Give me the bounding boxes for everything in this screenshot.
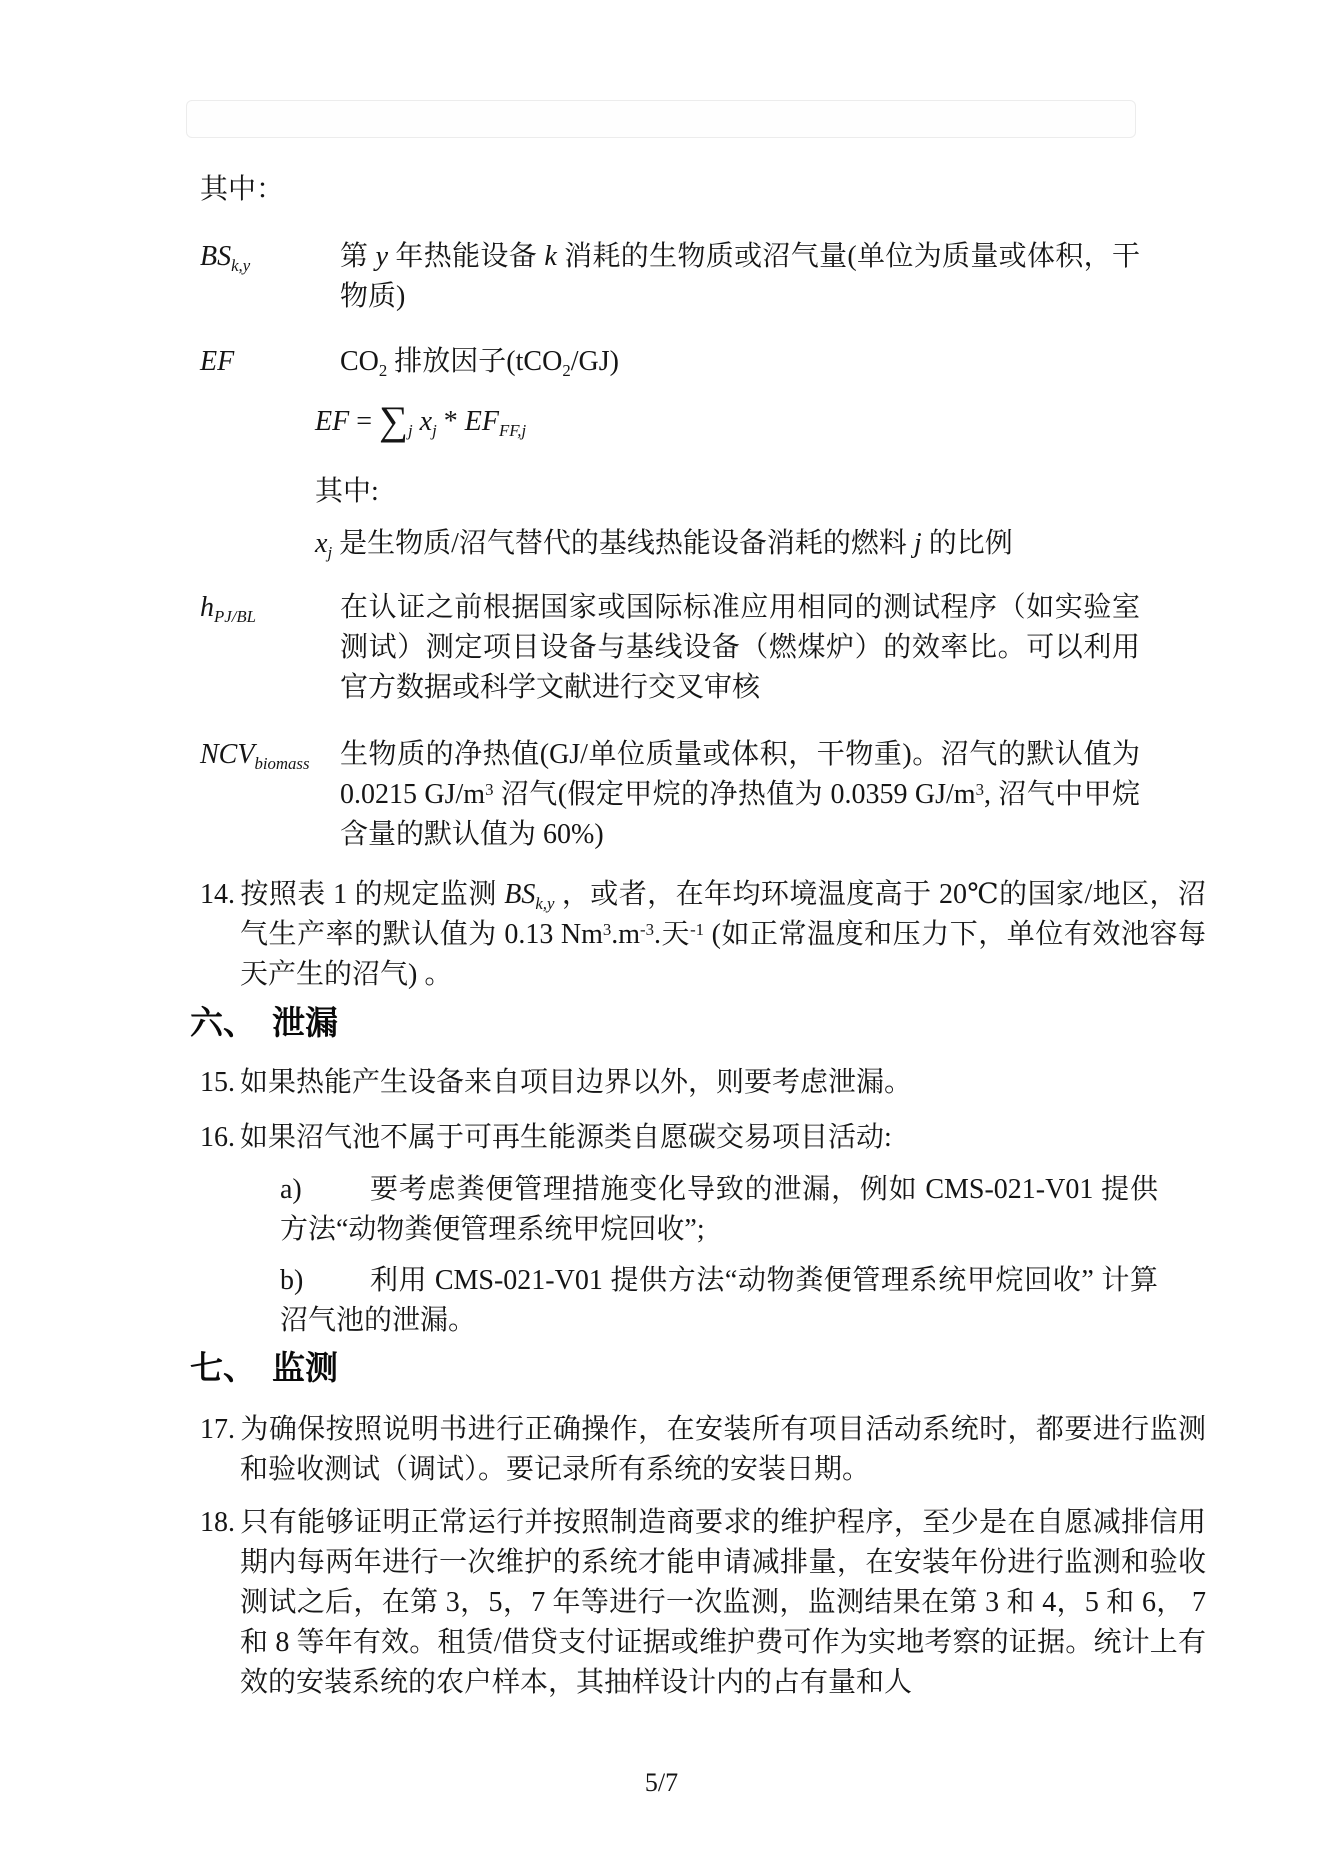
definition-text-h: 在认证之前根据国家或国际标准应用相同的测试程序（如实验室测试）测定项目设备与基线… — [340, 588, 1140, 708]
item-text: 如果热能产生设备来自项目边界以外，则要考虑泄漏。 — [240, 1067, 912, 1098]
item-number: 16. — [200, 1118, 240, 1158]
section-number: 六、 — [190, 1003, 256, 1042]
sub-item-marker: a) — [280, 1170, 302, 1210]
sub-item-text: 利用 CMS-021-V01 提供方法“动物粪便管理系统甲烷回收” 计算沼气池的… — [280, 1265, 1158, 1336]
item-text: 只有能够证明正常运行并按照制造商要求的维护程序，至少是在自愿减排信用期内每两年进… — [240, 1507, 1206, 1698]
list-item-17: 17.为确保按照说明书进行正确操作，在安装所有项目活动系统时，都要进行监测和验收… — [200, 1410, 1206, 1490]
item-text: 为确保按照说明书进行正确操作，在安装所有项目活动系统时，都要进行监测和验收测试（… — [240, 1414, 1206, 1485]
definition-text-ncv: 生物质的净热值(GJ/单位质量或体积，干物重)。沼气的默认值为 0.0215 G… — [340, 735, 1140, 855]
item-text: 如果沼气池不属于可再生能源类自愿碳交易项目活动: — [240, 1122, 892, 1153]
document-page: 其中： BSk,y 第 y 年热能设备 k 消耗的生物质或沼气量(单位为质量或体… — [0, 0, 1323, 1871]
sub-item-marker: b) — [280, 1261, 303, 1301]
definition-row-ef: EF CO2 排放因子(tCO2/GJ) EF = ∑j xj * EFFF,j… — [200, 342, 1140, 564]
ef-formula: EF = ∑j xj * EFFF,j — [315, 396, 1140, 448]
sub-item-text: 要考虑粪便管理措施变化导致的泄漏，例如 CMS-021-V01 提供方法“动物粪… — [280, 1174, 1158, 1245]
page-number: 5/7 — [0, 1766, 1323, 1800]
list-item-18: 18.只有能够证明正常运行并按照制造商要求的维护程序，至少是在自愿减排信用期内每… — [200, 1503, 1206, 1703]
definition-text-ef: CO2 排放因子(tCO2/GJ) EF = ∑j xj * EFFF,j 其中… — [340, 342, 1140, 564]
where-label-inner: 其中: — [315, 472, 1140, 512]
definition-term-ef: EF — [200, 342, 340, 382]
item-number: 14. — [200, 875, 240, 915]
section-title: 监测 — [272, 1348, 338, 1387]
definition-term-h: hPJ/BL — [200, 588, 340, 628]
list-item-15: 15.如果热能产生设备来自项目边界以外，则要考虑泄漏。 — [200, 1063, 1206, 1103]
section-heading-monitoring: 七、监测 — [190, 1345, 1158, 1391]
definition-row-ncv: NCVbiomass 生物质的净热值(GJ/单位质量或体积，干物重)。沼气的默认… — [200, 735, 1140, 855]
ef-xj-line: xj 是生物质/沼气替代的基线热能设备消耗的燃料 j 的比例 — [315, 524, 1140, 564]
item-number: 18. — [200, 1503, 240, 1543]
definition-term-bs: BSk,y — [200, 237, 340, 277]
item-number: 15. — [200, 1063, 240, 1103]
definition-row-bs: BSk,y 第 y 年热能设备 k 消耗的生物质或沼气量(单位为质量或体积，干物… — [200, 237, 1140, 317]
item-text: 按照表 1 的规定监测 BSk,y ，或者，在年均环境温度高于 20℃的国家/地… — [240, 879, 1206, 990]
sub-item-b: b)利用 CMS-021-V01 提供方法“动物粪便管理系统甲烷回收” 计算沼气… — [280, 1261, 1158, 1341]
ef-co2-line: CO2 排放因子(tCO2/GJ) — [340, 342, 1140, 382]
list-item-16: 16.如果沼气池不属于可再生能源类自愿碳交易项目活动: — [200, 1118, 1206, 1158]
section-title: 泄漏 — [272, 1003, 338, 1042]
section-heading-leakage: 六、泄漏 — [190, 1000, 1158, 1046]
where-label-top: 其中： — [200, 170, 1158, 210]
header-placeholder-box — [186, 100, 1136, 138]
list-item-14: 14.按照表 1 的规定监测 BSk,y ，或者，在年均环境温度高于 20℃的国… — [200, 875, 1206, 995]
section-number: 七、 — [190, 1348, 256, 1387]
sub-item-a: a)要考虑粪便管理措施变化导致的泄漏，例如 CMS-021-V01 提供方法“动… — [280, 1170, 1158, 1250]
definition-text-bs: 第 y 年热能设备 k 消耗的生物质或沼气量(单位为质量或体积，干物质) — [340, 237, 1140, 317]
definition-term-ncv: NCVbiomass — [200, 735, 340, 775]
item-number: 17. — [200, 1410, 240, 1450]
definition-row-h: hPJ/BL 在认证之前根据国家或国际标准应用相同的测试程序（如实验室测试）测定… — [200, 588, 1140, 708]
